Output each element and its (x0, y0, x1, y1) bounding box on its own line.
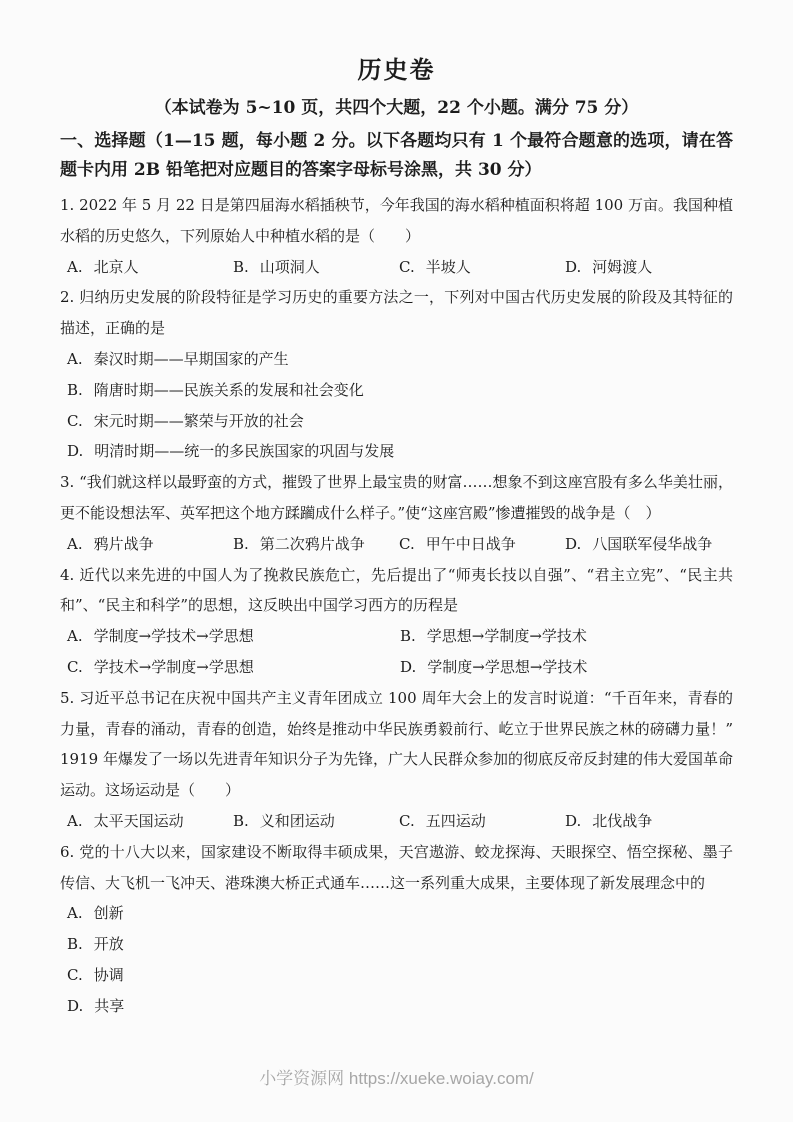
option-label: D. (565, 258, 581, 276)
option-row: A.太平天国运动 B.义和团运动 C.五四运动 D.北伐战争 (60, 806, 733, 837)
option-a: A.鸦片战争 (67, 529, 233, 560)
option-text: 半坡人 (426, 258, 471, 276)
question-stem: 4. 近代以来先进的中国人为了挽救民族危亡，先后提出了“师夷长技以自强”、“君主… (60, 560, 733, 622)
option-b: B.义和团运动 (233, 806, 399, 837)
option-c: C.协调 (67, 960, 733, 991)
question-5: 5. 习近平总书记在庆祝中国共产主义青年团成立 100 周年大会上的发言时说道：… (60, 683, 733, 837)
option-text: 北京人 (94, 258, 139, 276)
question-stem: 3. “我们就这样以最野蛮的方式，摧毁了世界上最宝贵的财富……想象不到这座宫股有… (60, 467, 733, 529)
option-d: D.明清时期——统一的多民族国家的巩固与发展 (67, 436, 733, 467)
option-label: A. (67, 904, 83, 922)
option-text: 太平天国运动 (94, 812, 184, 830)
option-label: A. (67, 535, 83, 553)
question-1: 1. 2022 年 5 月 22 日是第四届海水稻插秧节，今年我国的海水稻种植面… (60, 190, 733, 282)
option-b: B.开放 (67, 929, 733, 960)
option-b: B.隋唐时期——民族关系的发展和社会变化 (67, 375, 733, 406)
question-stem: 5. 习近平总书记在庆祝中国共产主义青年团成立 100 周年大会上的发言时说道：… (60, 683, 733, 806)
option-label: C. (67, 658, 83, 676)
question-2: 2. 归纳历史发展的阶段特征是学习历史的重要方法之一，下列对中国古代历史发展的阶… (60, 282, 733, 467)
option-label: C. (399, 258, 415, 276)
option-c: C.半坡人 (399, 252, 565, 283)
option-d: D.共享 (67, 991, 733, 1022)
option-b: B.学思想→学制度→学技术 (400, 621, 733, 652)
option-text: 明清时期——统一的多民族国家的巩固与发展 (94, 442, 394, 460)
option-text: 学思想→学制度→学技术 (427, 627, 587, 645)
question-6: 6. 党的十八大以来，国家建设不断取得丰硕成果，天宫遨游、蛟龙探海、天眼探空、悟… (60, 837, 733, 1022)
option-text: 共享 (94, 997, 124, 1015)
option-label: C. (399, 535, 415, 553)
option-label: D. (565, 812, 581, 830)
question-4: 4. 近代以来先进的中国人为了挽救民族危亡，先后提出了“师夷长技以自强”、“君主… (60, 560, 733, 683)
option-label: C. (67, 966, 83, 984)
option-list: A.创新 B.开放 C.协调 D.共享 (60, 898, 733, 1021)
option-text: 北伐战争 (592, 812, 652, 830)
option-text: 开放 (94, 935, 124, 953)
page-title: 历史卷 (60, 54, 733, 86)
option-a: A.北京人 (67, 252, 233, 283)
option-text: 五四运动 (426, 812, 486, 830)
option-label: B. (233, 258, 249, 276)
option-text: 第二次鸦片战争 (260, 535, 365, 553)
option-row: A.鸦片战争 B.第二次鸦片战争 C.甲午中日战争 D.八国联军侵华战争 (60, 529, 733, 560)
section-heading: 一、选择题（1—15 题，每小题 2 分。以下各题均只有 1 个最符合题意的选项… (60, 127, 733, 185)
option-label: B. (233, 812, 249, 830)
question-stem: 2. 归纳历史发展的阶段特征是学习历史的重要方法之一，下列对中国古代历史发展的阶… (60, 282, 733, 344)
option-label: A. (67, 627, 83, 645)
option-d: D.学制度→学思想→学技术 (400, 652, 733, 683)
option-row: A.北京人 B.山项洞人 C.半坡人 D.河姆渡人 (60, 252, 733, 283)
option-label: C. (67, 412, 83, 430)
option-c: C.宋元时期——繁荣与开放的社会 (67, 406, 733, 437)
exam-subtitle: （本试卷为 5~10 页，共四个大题，22 个小题。满分 75 分） (60, 95, 733, 121)
option-text: 秦汉时期——早期国家的产生 (94, 350, 289, 368)
question-stem: 6. 党的十八大以来，国家建设不断取得丰硕成果，天宫遨游、蛟龙探海、天眼探空、悟… (60, 837, 733, 899)
option-c: C.五四运动 (399, 806, 565, 837)
option-label: B. (400, 627, 416, 645)
footer-credit: 小学资源网 https://xueke.woiay.com/ (0, 1064, 793, 1089)
option-b: B.山项洞人 (233, 252, 399, 283)
option-text: 创新 (94, 904, 124, 922)
option-a: A.学制度→学技术→学思想 (67, 621, 400, 652)
option-label: C. (399, 812, 415, 830)
option-label: D. (565, 535, 581, 553)
option-text: 山项洞人 (260, 258, 320, 276)
option-a: A.太平天国运动 (67, 806, 233, 837)
option-text: 义和团运动 (260, 812, 335, 830)
option-label: D. (67, 997, 83, 1015)
option-text: 协调 (94, 966, 124, 984)
option-label: D. (67, 442, 83, 460)
option-b: B.第二次鸦片战争 (233, 529, 399, 560)
exam-page: 历史卷 （本试卷为 5~10 页，共四个大题，22 个小题。满分 75 分） 一… (0, 0, 793, 1022)
option-text: 河姆渡人 (592, 258, 652, 276)
option-d: D.北伐战争 (565, 806, 733, 837)
option-text: 鸦片战争 (94, 535, 154, 553)
option-list: A.秦汉时期——早期国家的产生 B.隋唐时期——民族关系的发展和社会变化 C.宋… (60, 344, 733, 467)
option-label: A. (67, 258, 83, 276)
option-text: 隋唐时期——民族关系的发展和社会变化 (94, 381, 364, 399)
option-label: A. (67, 812, 83, 830)
question-3: 3. “我们就这样以最野蛮的方式，摧毁了世界上最宝贵的财富……想象不到这座宫股有… (60, 467, 733, 559)
option-text: 学制度→学思想→学技术 (427, 658, 587, 676)
option-text: 宋元时期——繁荣与开放的社会 (94, 412, 304, 430)
option-a: A.秦汉时期——早期国家的产生 (67, 344, 733, 375)
option-label: B. (67, 381, 83, 399)
option-label: B. (233, 535, 249, 553)
option-label: B. (67, 935, 83, 953)
option-c: C.甲午中日战争 (399, 529, 565, 560)
question-stem: 1. 2022 年 5 月 22 日是第四届海水稻插秧节，今年我国的海水稻种植面… (60, 190, 733, 252)
option-label: D. (400, 658, 416, 676)
option-text: 学技术→学制度→学思想 (94, 658, 254, 676)
option-a: A.创新 (67, 898, 733, 929)
option-text: 八国联军侵华战争 (592, 535, 712, 553)
option-text: 甲午中日战争 (426, 535, 516, 553)
option-d: D.八国联军侵华战争 (565, 529, 733, 560)
option-text: 学制度→学技术→学思想 (94, 627, 254, 645)
option-c: C.学技术→学制度→学思想 (67, 652, 400, 683)
option-grid: A.学制度→学技术→学思想 B.学思想→学制度→学技术 C.学技术→学制度→学思… (60, 621, 733, 683)
option-d: D.河姆渡人 (565, 252, 733, 283)
option-label: A. (67, 350, 83, 368)
